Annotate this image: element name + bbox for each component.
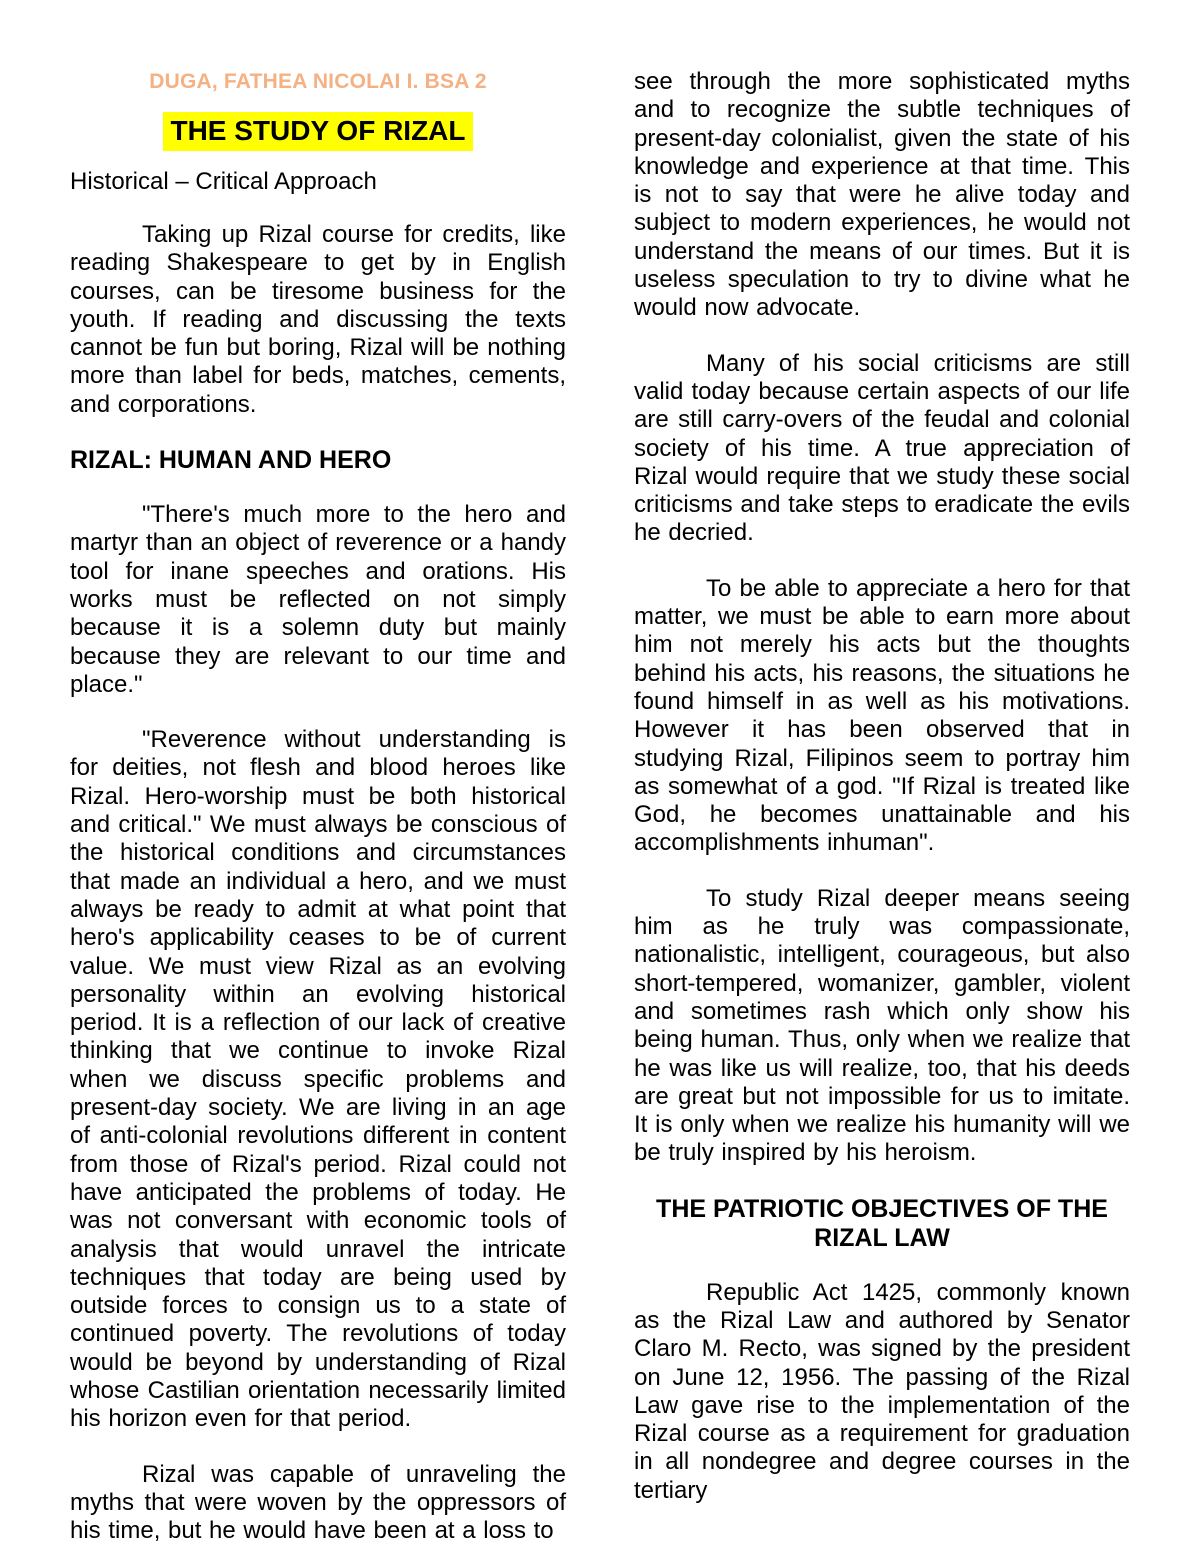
subtitle-historical-critical-approach: Historical – Critical Approach — [70, 168, 566, 196]
right-column: see through the more sophisticated myths… — [634, 68, 1130, 1545]
two-column-layout: DUGA, FATHEA NICOLAI I. BSA 2 THE STUDY … — [70, 68, 1134, 1545]
doc-title-wrap: THE STUDY OF RIZAL — [70, 112, 566, 151]
paragraph-theres-much-more: "There's much more to the hero and marty… — [70, 501, 566, 699]
paragraph-many-social-criticisms: Many of his social criticisms are still … — [634, 350, 1130, 548]
left-column: DUGA, FATHEA NICOLAI I. BSA 2 THE STUDY … — [70, 68, 566, 1545]
paragraph-appreciate-a-hero: To be able to appreciate a hero for that… — [634, 575, 1130, 858]
paragraph-study-rizal-deeper: To study Rizal deeper means seeing him a… — [634, 885, 1130, 1168]
paragraph-see-through-myths: see through the more sophisticated myths… — [634, 68, 1130, 323]
document-page: DUGA, FATHEA NICOLAI I. BSA 2 THE STUDY … — [0, 0, 1200, 1553]
section-heading-patriotic-objectives: THE PATRIOTIC OBJECTIVES OF THE RIZAL LA… — [634, 1195, 1130, 1253]
paragraph-taking-up-rizal: Taking up Rizal course for credits, like… — [70, 221, 566, 419]
author-line: DUGA, FATHEA NICOLAI I. BSA 2 — [70, 70, 566, 94]
paragraph-republic-act-1425: Republic Act 1425, commonly known as the… — [634, 1279, 1130, 1505]
section-heading-rizal-human-and-hero: RIZAL: HUMAN AND HERO — [70, 446, 566, 475]
paragraph-reverence-without-understanding: "Reverence without understanding is for … — [70, 726, 566, 1433]
doc-title-highlight: THE STUDY OF RIZAL — [163, 112, 472, 151]
paragraph-rizal-was-capable: Rizal was capable of unraveling the myth… — [70, 1461, 566, 1546]
